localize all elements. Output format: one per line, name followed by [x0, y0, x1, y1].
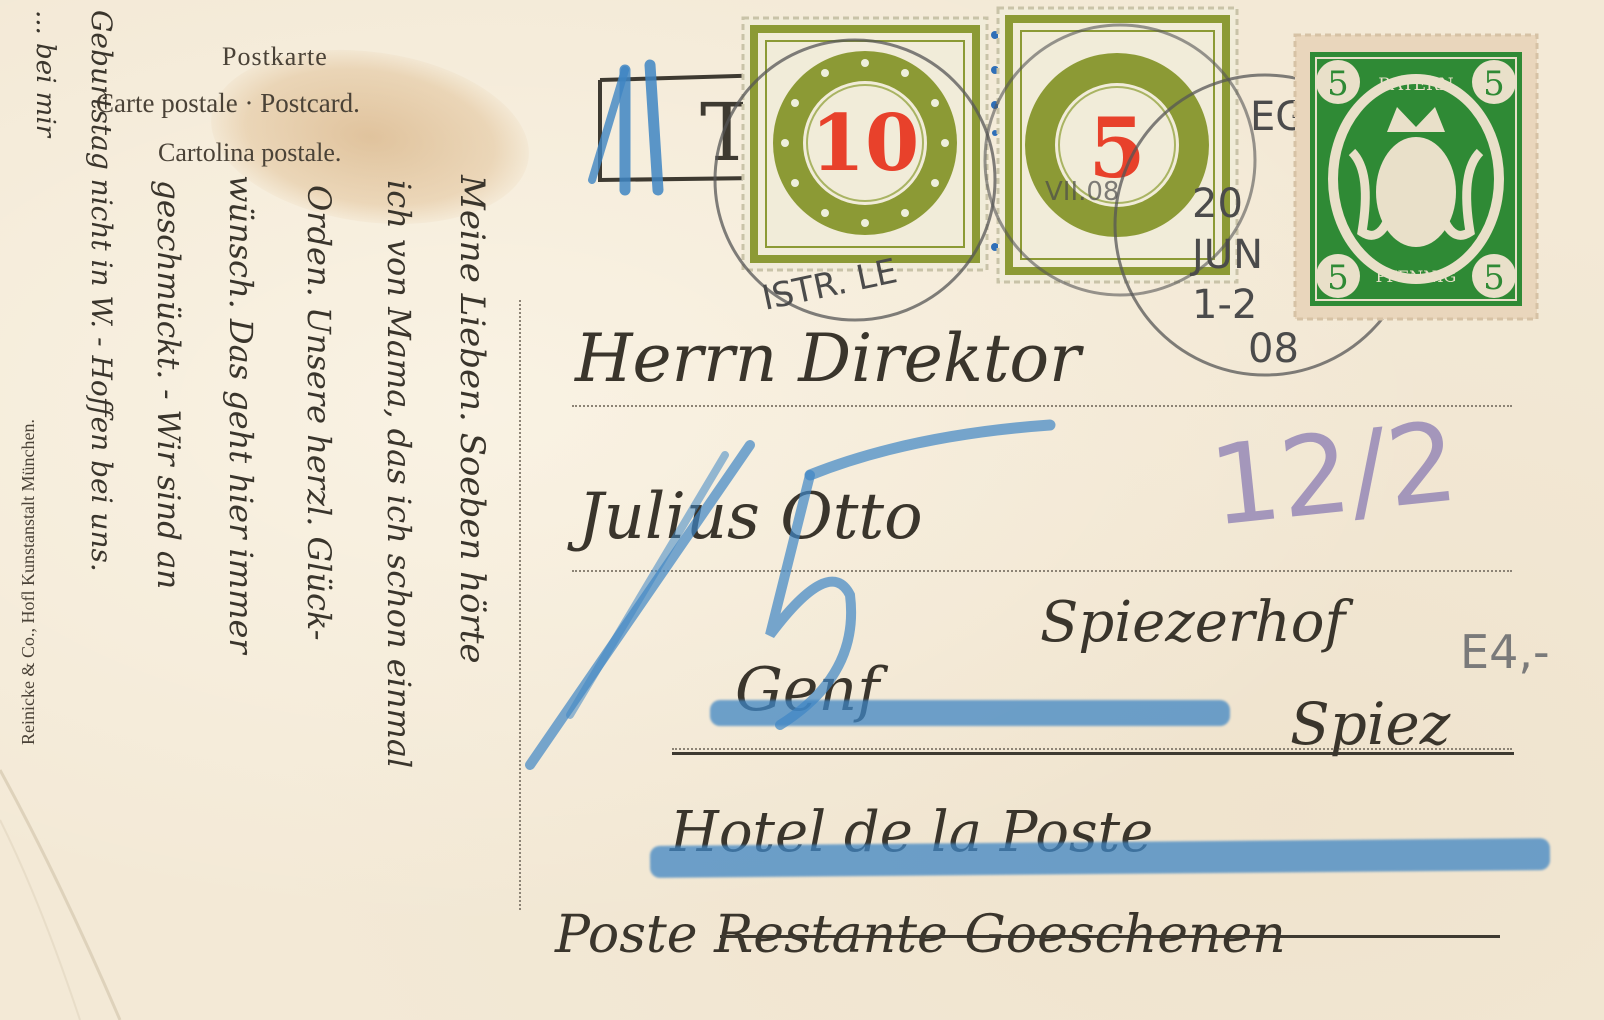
svg-text:20: 20 — [1192, 181, 1243, 227]
blue-crayon-15: 15 — [510, 415, 1070, 785]
stamp-country: BAYERN — [1378, 75, 1454, 95]
message-column-5: geschmückt. - Wir sind an — [150, 180, 186, 980]
message-column-7: ... bei mir — [30, 10, 60, 990]
postmark-text: ISTR. LE — [759, 251, 901, 319]
blue-crayon-4 — [580, 50, 690, 200]
postcard-back: Postkarte Carte postale · Postcard. Cart… — [0, 0, 1604, 1020]
svg-text:15: 15 — [710, 714, 712, 716]
message-column-3: Orden. Unsere herzl. Glück- — [300, 185, 338, 985]
printed-title-fr-en: Carte postale · Postcard. — [96, 88, 360, 119]
message-column-2: ich von Mama, das ich schon einmal — [380, 180, 418, 980]
message-column-6: Geburtstag nicht in W. - Hoffen bei uns. — [85, 10, 118, 990]
address-recipient-title: Herrn Direktor — [575, 320, 1081, 397]
svg-text:1-2: 1-2 — [1192, 282, 1257, 328]
svg-text:JUN: JUN — [1189, 232, 1263, 278]
violet-pencil-note: 12/2 — [1204, 397, 1463, 550]
printed-title-it: Cartolina postale. — [158, 138, 341, 168]
message-column-1: Meine Lieben. Soeben hörte — [452, 175, 492, 975]
printed-title-de: Postkarte — [222, 42, 328, 72]
svg-text:5: 5 — [1483, 64, 1505, 104]
pencil-price-note: E4,- — [1460, 625, 1550, 679]
svg-text:08: 08 — [1248, 326, 1299, 372]
strike-poste-restante — [720, 935, 1500, 938]
stamp-denomination: PFENNIG — [1376, 267, 1457, 286]
message-column-4: wünsch. Das geht hier immer — [222, 175, 260, 975]
address-town: Spiez — [1290, 690, 1450, 758]
svg-text:5: 5 — [1327, 258, 1349, 298]
stamp-bavaria-5-pfennig: 5 5 5 5 BAYERN PFENNIG — [1292, 32, 1540, 322]
svg-text:5: 5 — [1327, 64, 1349, 104]
address-hotel: Spiezerhof — [1040, 590, 1345, 655]
svg-text:5: 5 — [1483, 258, 1505, 298]
